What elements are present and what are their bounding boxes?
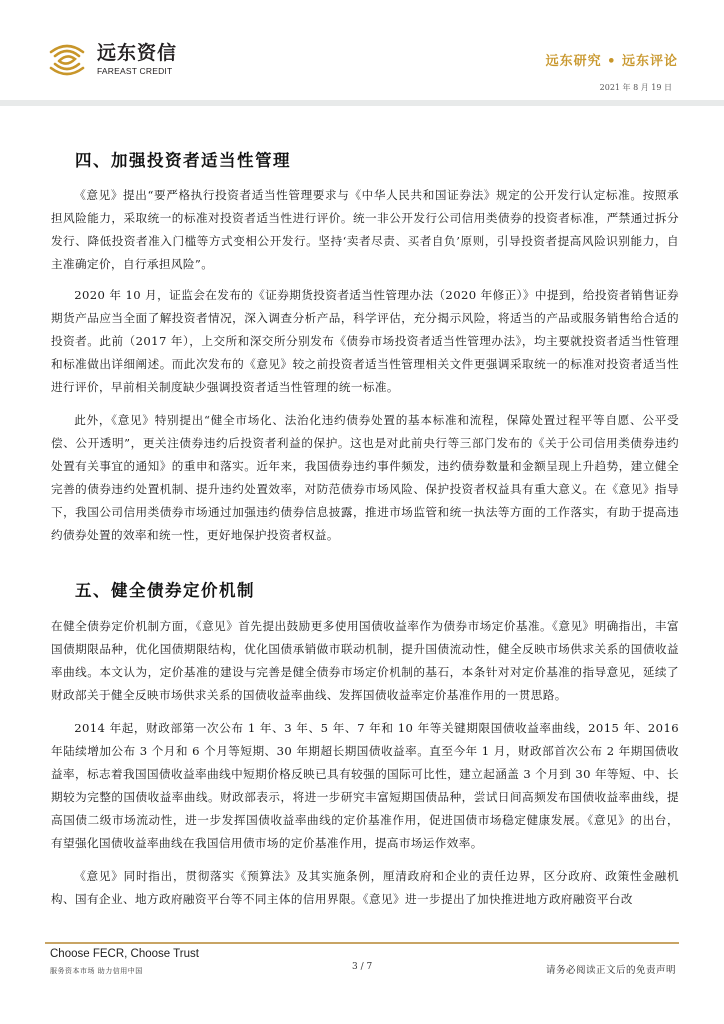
paragraph: 《意见》提出“要严格执行投资者适当性管理要求与《中华人民共和国证券法》规定的公开… xyxy=(51,184,679,276)
footer-divider xyxy=(45,942,679,944)
page-number: 3 / 7 xyxy=(352,962,372,972)
fareast-credit-logo: 远东资信 FAREAST CREDIT xyxy=(45,40,177,80)
section-heading-5: 五、健全债券定价机制 xyxy=(51,577,679,601)
footer-slogan-chinese: 服务资本市场 助力信用中国 xyxy=(50,966,143,976)
footer-slogan-english: Choose FECR, Choose Trust xyxy=(50,948,199,960)
logo-english-name: FAREAST CREDIT xyxy=(97,65,177,77)
paragraph: 2020 年 10 月，证监会在发布的《证券期货投资者适当性管理办法（2020 … xyxy=(51,284,679,399)
paragraph: 此外，《意见》特别提出“健全市场化、法治化违约债券处置的基本标准和流程，保障处置… xyxy=(51,409,679,547)
paragraph: 在健全债券定价机制方面，《意见》首先提出鼓励更多使用国债收益率作为债券市场定价基… xyxy=(51,615,679,707)
paragraph: 2014 年起，财政部第一次公布 1 年、3 年、5 年、7 年和 10 年等关… xyxy=(51,717,679,855)
fareast-logo-icon xyxy=(45,40,89,80)
paragraph: 《意见》同时指出，贯彻落实《预算法》及其实施条例，厘清政府和企业的责任边界，区分… xyxy=(51,865,679,911)
section-heading-4: 四、加强投资者适当性管理 xyxy=(51,147,679,171)
report-date: 2021 年 8 月 19 日 xyxy=(600,82,672,93)
disclaimer-notice: 请务必阅读正文后的免责声明 xyxy=(546,962,676,976)
document-body: 四、加强投资者适当性管理 《意见》提出“要严格执行投资者适当性管理要求与《中华人… xyxy=(51,106,679,911)
page-header: 远东资信 FAREAST CREDIT 远东研究 • 远东评论 2021 年 8… xyxy=(0,0,724,100)
report-series-title: 远东研究 • 远东评论 xyxy=(546,50,678,69)
logo-chinese-name: 远东资信 xyxy=(97,43,177,63)
